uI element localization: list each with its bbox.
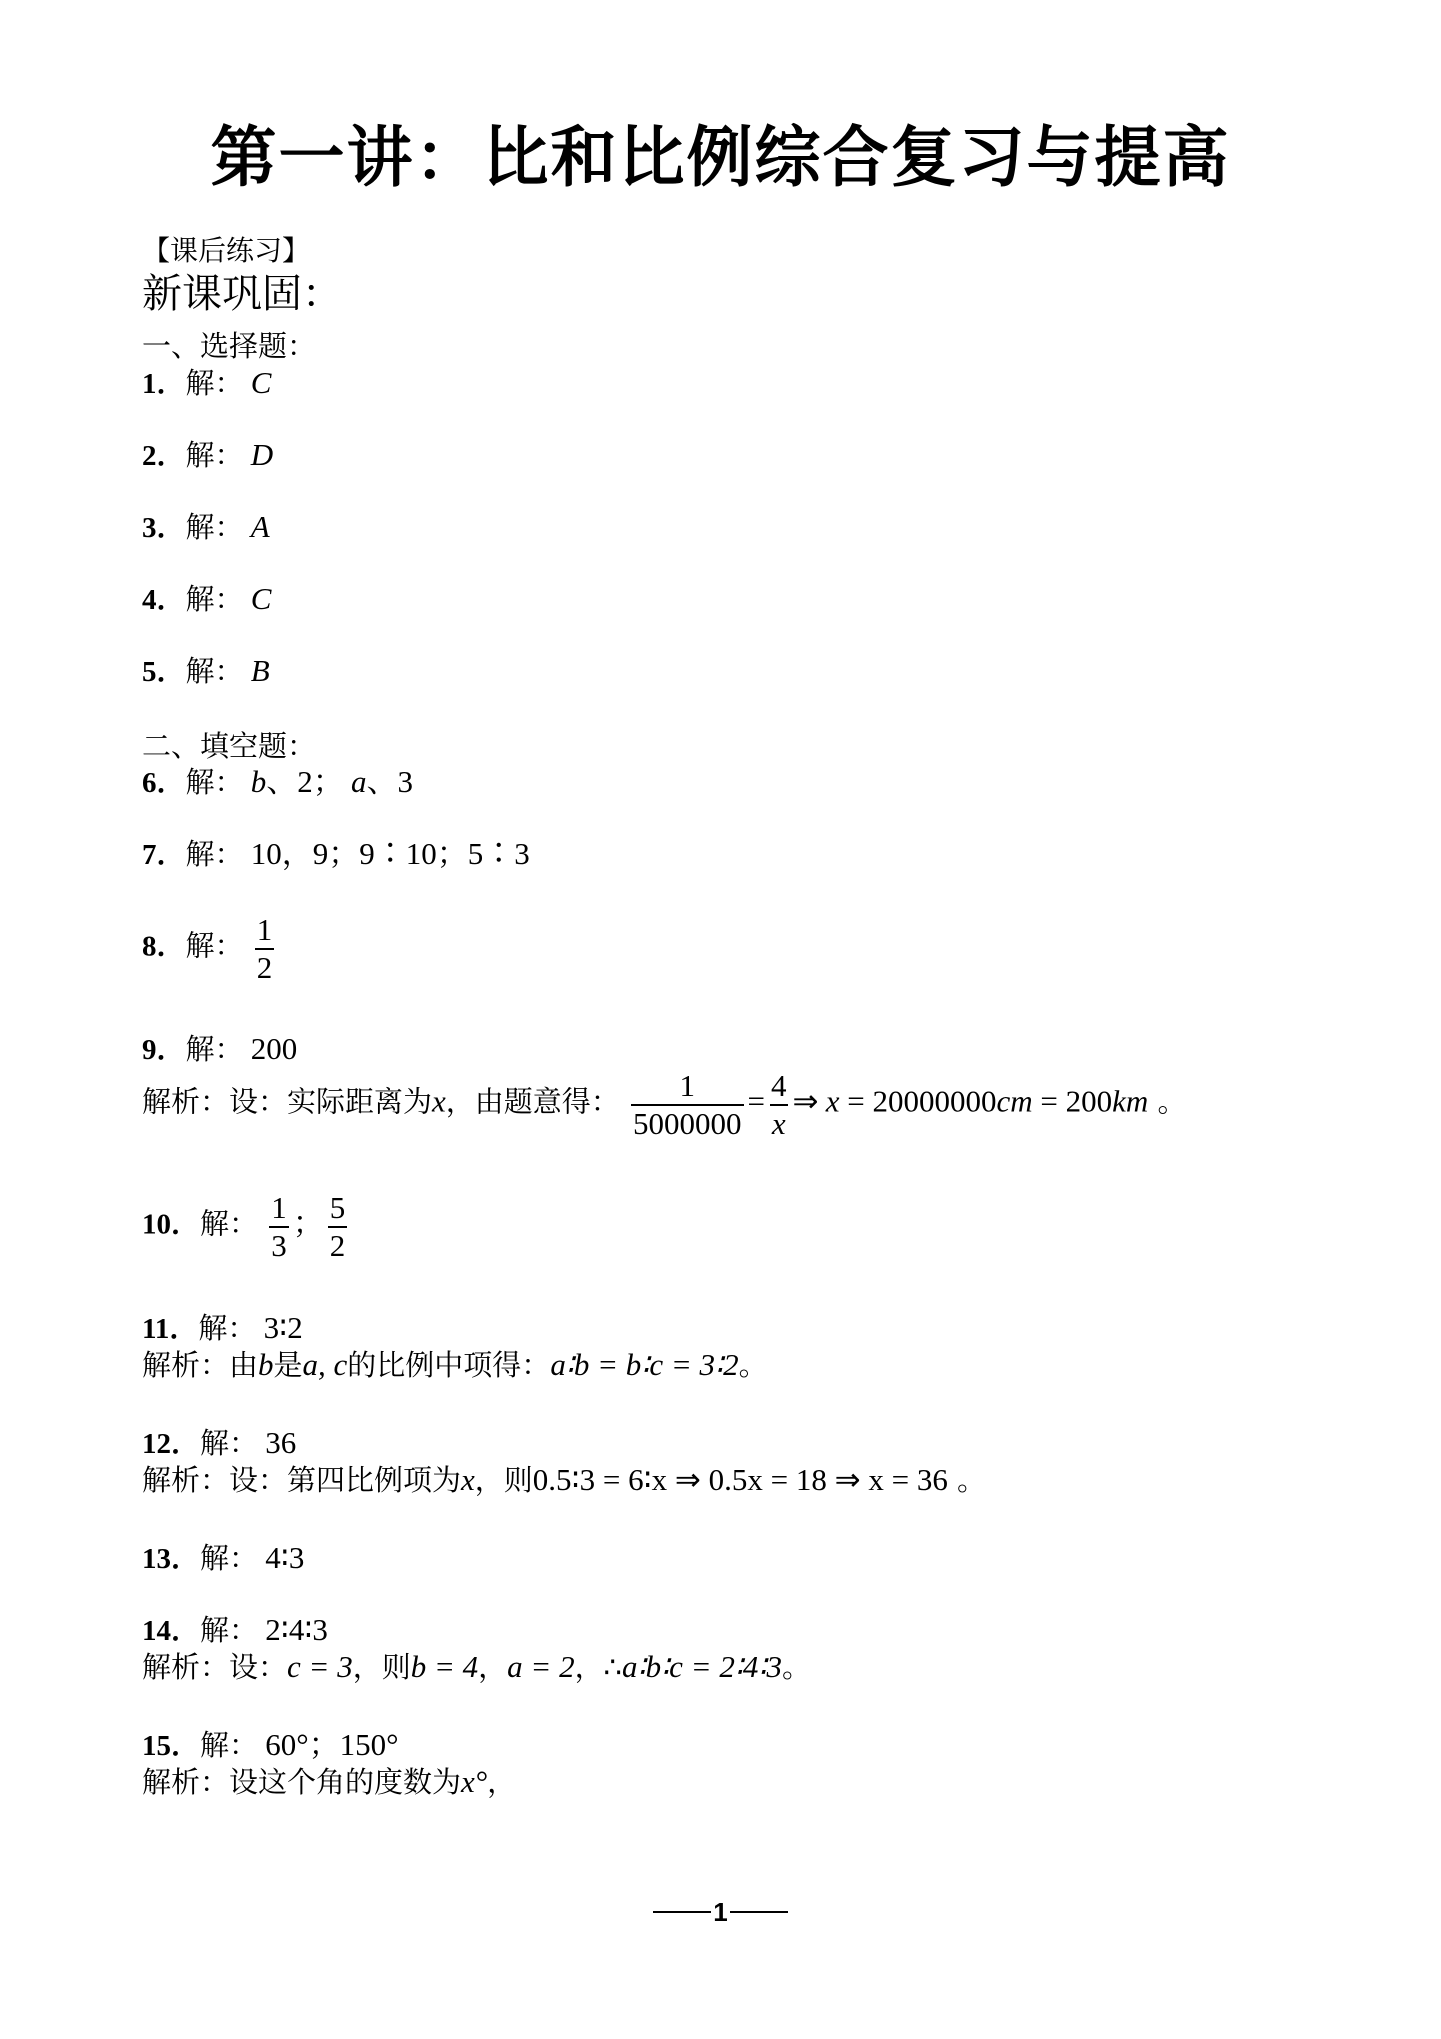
jie-label: 解： — [200, 1426, 258, 1460]
document-page: 第一讲：比和比例综合复习与提高 【课后练习】 新课巩固： 一、选择题： 1．解：… — [0, 0, 1441, 2039]
answer-value: C — [251, 365, 272, 400]
var-x: x — [461, 1462, 475, 1497]
jie-label: 解： — [186, 366, 244, 400]
numerator: 1 — [678, 1068, 698, 1104]
numerator: 1 — [255, 912, 275, 948]
answer-item-5: 5．解： B — [142, 653, 270, 690]
analysis-text: 是 — [274, 1348, 303, 1382]
jie-label: 解： — [186, 510, 244, 544]
answer-value: 10，9；9∶10；5∶3 — [251, 836, 530, 871]
answer-item-3: 3．解： A — [142, 509, 270, 546]
jie-label: 解： — [186, 929, 244, 963]
jie-label: 解： — [186, 582, 244, 616]
item-number: 10． — [142, 1209, 200, 1241]
period: 。 — [948, 1463, 986, 1497]
answer-value: A — [251, 509, 270, 544]
item-number: 13． — [142, 1543, 200, 1575]
answer-item-13: 13．解： 4∶3 — [142, 1540, 304, 1577]
answer-item-6: 6．解： b、2； a、3 — [142, 764, 413, 801]
expression: a = 2 — [507, 1649, 574, 1684]
var-x: x — [826, 1084, 840, 1119]
denominator: 2 — [255, 948, 275, 986]
analysis-text: 解析：由 — [142, 1348, 258, 1382]
item-number: 6． — [142, 767, 186, 799]
item-number: 2． — [142, 440, 186, 472]
answer-item-15: 15．解： 60°；150° — [142, 1727, 399, 1764]
jie-label: 解： — [186, 654, 244, 688]
answer-value: B — [251, 653, 270, 688]
fraction-answer-1: 1 3 — [269, 1190, 289, 1264]
var-x: x — [432, 1084, 446, 1119]
item-number: 14． — [142, 1615, 200, 1647]
answer-value: 36 — [265, 1425, 296, 1460]
period: 。 — [782, 1650, 811, 1684]
numerator: 4 — [769, 1068, 789, 1104]
footer-dash-right — [730, 1911, 788, 1913]
analysis-text: ， — [478, 1650, 507, 1684]
vars-ac: a, c — [303, 1347, 348, 1382]
answer-value: 4∶3 — [265, 1540, 304, 1575]
item-number: 9． — [142, 1034, 186, 1066]
item-number: 4． — [142, 584, 186, 616]
analysis-11: 解析：由b是a, c的比例中项得：a∶b = b∶c = 3∶2。 — [142, 1347, 768, 1384]
fraction-scale: 1 5000000 — [631, 1068, 744, 1142]
proportion-expression: 0.5∶3 = 6∶x ⇒ 0.5x = 18 ⇒ x = 36 — [533, 1462, 948, 1497]
analysis-text: ，则 — [353, 1650, 411, 1684]
answer-item-4: 4．解： C — [142, 581, 271, 618]
fraction-answer: 1 2 — [255, 912, 275, 986]
analysis-text: ，由题意得： — [446, 1085, 620, 1119]
answer-item-12: 12．解： 36 — [142, 1425, 296, 1462]
section-title: 新课巩固： — [142, 270, 342, 318]
fraction-answer-2: 5 2 — [328, 1190, 348, 1264]
answer-item-11: 11．解： 3∶2 — [142, 1310, 303, 1347]
jie-label: 解： — [186, 837, 244, 871]
denominator: 3 — [269, 1226, 289, 1264]
analysis-12: 解析：设：第四比例项为x，则0.5∶3 = 6∶x ⇒ 0.5x = 18 ⇒ … — [142, 1462, 986, 1499]
answer-item-2: 2．解： D — [142, 437, 273, 474]
result-value: = 20000000 — [840, 1084, 997, 1119]
jie-label: 解： — [200, 1207, 258, 1241]
footer-dash-left — [653, 1911, 711, 1913]
answer-item-14: 14．解： 2∶4∶3 — [142, 1612, 328, 1649]
item-number: 1． — [142, 368, 186, 400]
answer-value: D — [251, 437, 273, 472]
page-title: 第一讲：比和比例综合复习与提高 — [0, 118, 1441, 198]
page-footer: 1 — [0, 1895, 1441, 1928]
part1-heading: 一、选择题： — [142, 328, 316, 364]
analysis-text: 解析：设：实际距离为 — [142, 1085, 432, 1119]
jie-label: 解： — [198, 1311, 256, 1345]
item-number: 3． — [142, 512, 186, 544]
item-number: 12． — [142, 1428, 200, 1460]
item-number: 5． — [142, 656, 186, 688]
jie-label: 解： — [200, 1613, 258, 1647]
denominator: 2 — [328, 1226, 348, 1264]
page-number: 1 — [711, 1897, 729, 1928]
jie-label: 解： — [186, 1032, 244, 1066]
answer-item-8: 8．解： 1 2 — [142, 912, 278, 986]
separator: ； — [293, 1206, 324, 1241]
analysis-text: 解析：设： — [142, 1650, 287, 1684]
analysis-14: 解析：设：c = 3，则b = 4，a = 2，∴a∶b∶c = 2∶4∶3。 — [142, 1649, 811, 1686]
answer-text: 、2； — [266, 764, 344, 799]
homework-label: 【课后练习】 — [142, 233, 310, 269]
answer-value: C — [251, 581, 272, 616]
answer-item-1: 1．解： C — [142, 365, 271, 402]
fraction-ratio: 4 x — [769, 1068, 789, 1142]
var-x: x° — [461, 1764, 487, 1799]
ratio-expression: a∶b = b∶c = 3∶2 — [550, 1347, 738, 1382]
answer-text: 、3 — [367, 764, 414, 799]
analysis-text: 解析：设：第四比例项为 — [142, 1463, 461, 1497]
var-b: b — [258, 1347, 274, 1382]
denominator: 5000000 — [631, 1104, 744, 1142]
comma: ， — [487, 1765, 516, 1799]
numerator: 5 — [328, 1190, 348, 1226]
period: 。 — [739, 1348, 768, 1382]
analysis-text: 解析：设这个角的度数为 — [142, 1765, 461, 1799]
period: 。 — [1148, 1085, 1186, 1119]
jie-label: 解： — [200, 1728, 258, 1762]
analysis-9: 解析：设：实际距离为x，由题意得： 1 5000000 = 4 x ⇒ x = … — [142, 1068, 1187, 1142]
answer-value: 60°；150° — [265, 1727, 398, 1762]
answer-var-a: a — [351, 764, 367, 799]
answer-var-b: b — [251, 764, 267, 799]
implies-sign: ⇒ — [793, 1084, 819, 1119]
numerator: 1 — [269, 1190, 289, 1226]
item-number: 8． — [142, 931, 186, 963]
jie-label: 解： — [200, 1541, 258, 1575]
analysis-15: 解析：设这个角的度数为x°， — [142, 1764, 516, 1801]
expression: b = 4 — [411, 1649, 478, 1684]
unit-cm: cm — [997, 1084, 1033, 1119]
item-number: 15． — [142, 1730, 200, 1762]
answer-value: 200 — [251, 1031, 298, 1066]
jie-label: 解： — [186, 438, 244, 472]
analysis-text: ，∴ — [575, 1650, 622, 1684]
answer-value: 3∶2 — [264, 1310, 303, 1345]
answer-item-9: 9．解： 200 — [142, 1031, 297, 1068]
jie-label: 解： — [186, 765, 244, 799]
analysis-text: ，则 — [475, 1463, 533, 1497]
denominator: x — [770, 1104, 788, 1142]
analysis-text: 的比例中项得： — [347, 1348, 550, 1382]
equals-sign: = — [748, 1084, 765, 1119]
item-number: 11． — [142, 1313, 198, 1345]
expression: c = 3 — [287, 1649, 353, 1684]
item-number: 7． — [142, 839, 186, 871]
part2-heading: 二、填空题： — [142, 728, 316, 764]
answer-item-10: 10．解： 1 3 ； 5 2 — [142, 1190, 351, 1264]
unit-km: km — [1112, 1084, 1148, 1119]
answer-item-7: 7．解： 10，9；9∶10；5∶3 — [142, 836, 530, 873]
answer-value: 2∶4∶3 — [265, 1612, 328, 1647]
result-value: = 200 — [1033, 1084, 1112, 1119]
ratio-expression: a∶b∶c = 2∶4∶3 — [622, 1649, 782, 1684]
